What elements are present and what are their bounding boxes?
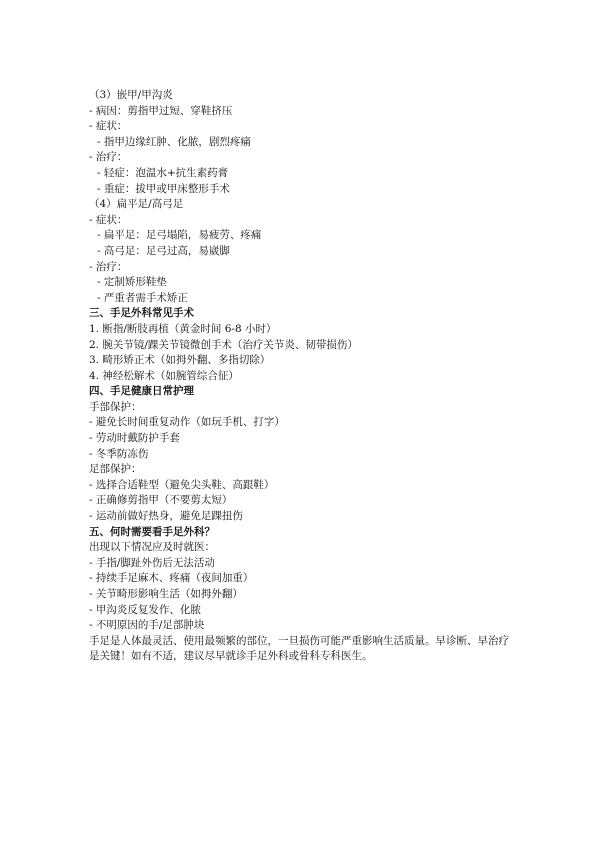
- numbered-item: 3. 畸形矫正术（如拇外翻、多指切除）: [89, 353, 519, 369]
- list-item: - 症状：: [89, 119, 519, 135]
- list-item: - 病因：剪指甲过短、穿鞋挤压: [89, 104, 519, 120]
- list-item: - 定制矫形鞋垫: [89, 275, 519, 291]
- document-page: （3）嵌甲/甲沟炎 - 病因：剪指甲过短、穿鞋挤压 - 症状： - 指甲边缘红肿…: [89, 88, 519, 665]
- list-item: - 劳动时戴防护手套: [89, 431, 519, 447]
- list-item: - 症状：: [89, 213, 519, 229]
- numbered-item: 4. 神经松解术（如腕管综合征）: [89, 369, 519, 385]
- list-item: - 轻症：泡温水+抗生素药膏: [89, 166, 519, 182]
- list-item: - 不明原因的手/足部肿块: [89, 618, 519, 634]
- list-item: - 运动前做好热身，避免足踝扭伤: [89, 509, 519, 525]
- list-item: - 甲沟炎反复发作、化脓: [89, 603, 519, 619]
- subsection-heading-flat-foot: （4）扁平足/高弓足: [89, 197, 519, 213]
- list-item: - 关节畸形影响生活（如拇外翻）: [89, 587, 519, 603]
- list-item: - 高弓足：足弓过高，易崴脚: [89, 244, 519, 260]
- numbered-item: 1. 断指/断肢再植（黄金时间 6-8 小时）: [89, 322, 519, 338]
- label-hand-protection: 手部保护：: [89, 400, 519, 416]
- list-item: - 持续手足麻木、疼痛（夜间加重）: [89, 571, 519, 587]
- list-item: - 避免长时间重复动作（如玩手机、打字）: [89, 415, 519, 431]
- closing-paragraph: 手足是人体最灵活、使用最频繁的部位，一旦损伤可能严重影响生活质量。早诊断、早治疗…: [89, 634, 514, 665]
- list-item: - 正确修剪指甲（不要剪太短）: [89, 493, 519, 509]
- intro-line: 出现以下情况应及时就医：: [89, 540, 519, 556]
- subsection-heading-ingrown-nail: （3）嵌甲/甲沟炎: [89, 88, 519, 104]
- section-heading-daily-care: 四、手足健康日常护理: [89, 384, 519, 400]
- list-item: - 治疗：: [89, 260, 519, 276]
- list-item: - 扁平足：足弓塌陷，易疲劳、疼痛: [89, 228, 519, 244]
- section-heading-when-to-see: 五、何时需要看手足外科？: [89, 525, 519, 541]
- list-item: - 冬季防冻伤: [89, 447, 519, 463]
- list-item: - 指甲边缘红肿、化脓，剧烈疼痛: [89, 135, 519, 151]
- list-item: - 手指/脚趾外伤后无法活动: [89, 556, 519, 572]
- list-item: - 治疗：: [89, 150, 519, 166]
- section-heading-surgeries: 三、手足外科常见手术: [89, 306, 519, 322]
- label-foot-protection: 足部保护：: [89, 462, 519, 478]
- list-item: - 选择合适鞋型（避免尖头鞋、高跟鞋）: [89, 478, 519, 494]
- numbered-item: 2. 腕关节镜/踝关节镜微创手术（治疗关节炎、韧带损伤）: [89, 338, 519, 354]
- list-item: - 严重者需手术矫正: [89, 291, 519, 307]
- list-item: - 重症：拔甲或甲床整形手术: [89, 182, 519, 198]
